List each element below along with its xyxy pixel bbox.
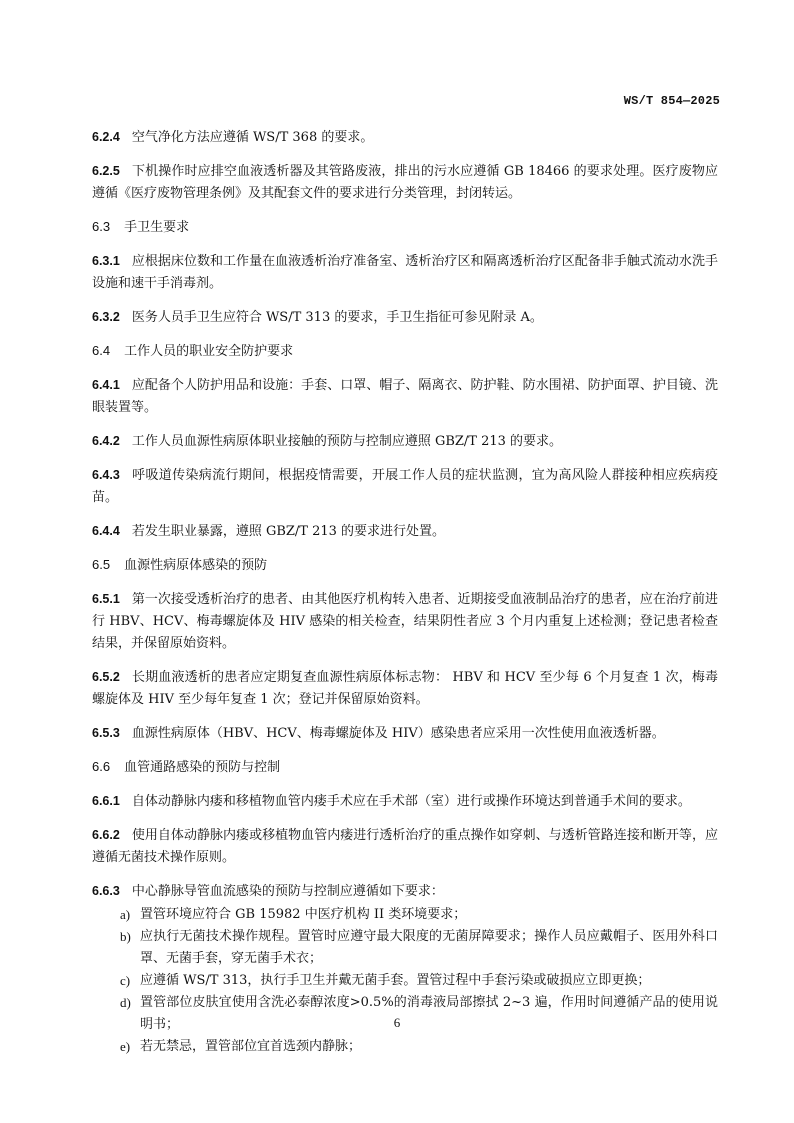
clause-text: 使用自体动静脉内瘘或移植物血管内瘘进行透析治疗的重点操作如穿刺、与透析管路连接和…: [92, 828, 718, 865]
section-title: 血管通路感染的预防与控制: [124, 760, 280, 775]
clause-text: 自体动静脉内瘘和移植物血管内瘘手术应在手术部（室）进行或操作环境达到普通手术间的…: [132, 794, 691, 809]
document-body: 6.2.4空气净化方法应遵循 WS/T 368 的要求。 6.2.5下机操作时应…: [92, 126, 718, 1058]
clause-6-4-4: 6.4.4若发生职业暴露，遵照 GBZ/T 213 的要求进行处置。: [92, 520, 718, 543]
list-item: c)应遵循 WS/T 313，执行手卫生并戴无菌手套。置管过程中手套污染或破损应…: [92, 970, 718, 992]
clause-text: 中心静脉导管血流感染的预防与控制应遵循如下要求：: [132, 884, 444, 899]
clause-6-5-2: 6.5.2长期血液透析的患者应定期复查血源性病原体标志物： HBV 和 HCV …: [92, 666, 718, 711]
clause-6-6-1: 6.6.1自体动静脉内瘘和移植物血管内瘘手术应在手术部（室）进行或操作环境达到普…: [92, 790, 718, 813]
section-title: 血源性病原体感染的预防: [124, 558, 267, 573]
section-number: 6.3: [92, 219, 110, 234]
clause-text: 下机操作时应排空血液透析器及其管路废液，排出的污水应遵循 GB 18466 的要…: [92, 164, 718, 201]
section-title: 手卫生要求: [124, 220, 189, 235]
list-marker: e): [120, 1036, 130, 1058]
clause-number: 6.3.2: [92, 310, 120, 324]
clause-number: 6.6.2: [92, 828, 120, 842]
document-code: WS/T 854—2025: [624, 94, 720, 108]
clause-text: 应根据床位数和工作量在血液透析治疗准备室、透析治疗区和隔离透析治疗区配备非手触式…: [92, 254, 718, 291]
section-number: 6.5: [92, 557, 110, 572]
section-number: 6.6: [92, 759, 110, 774]
clause-text: 医务人员手卫生应符合 WS/T 313 的要求，手卫生指征可参见附录 A。: [132, 310, 543, 325]
clause-number: 6.6.1: [92, 794, 120, 808]
section-number: 6.4: [92, 343, 110, 358]
document-page: WS/T 854—2025 6.2.4空气净化方法应遵循 WS/T 368 的要…: [0, 0, 794, 1123]
clause-6-5-3: 6.5.3血源性病原体（HBV、HCV、梅毒螺旋体及 HIV）感染患者应采用一次…: [92, 722, 718, 745]
clause-number: 6.4.3: [92, 468, 120, 482]
clause-number: 6.4.1: [92, 378, 120, 392]
clause-6-3-2: 6.3.2医务人员手卫生应符合 WS/T 313 的要求，手卫生指征可参见附录 …: [92, 306, 718, 329]
section-heading-6-6: 6.6血管通路感染的预防与控制: [92, 756, 718, 779]
clause-6-2-4: 6.2.4空气净化方法应遵循 WS/T 368 的要求。: [92, 126, 718, 149]
clause-text: 工作人员血源性病原体职业接触的预防与控制应遵照 GBZ/T 213 的要求。: [132, 434, 562, 449]
list-marker: c): [120, 970, 130, 992]
clause-text: 血源性病原体（HBV、HCV、梅毒螺旋体及 HIV）感染患者应采用一次性使用血液…: [132, 726, 665, 741]
list-marker: d): [120, 992, 131, 1014]
clause-text: 若发生职业暴露，遵照 GBZ/T 213 的要求进行处置。: [132, 524, 445, 539]
clause-6-6-3: 6.6.3中心静脉导管血流感染的预防与控制应遵循如下要求：: [92, 880, 718, 903]
list-item-text: 应执行无菌技术操作规程。置管时应遵守最大限度的无菌屏障要求；操作人员应戴帽子、医…: [140, 929, 718, 966]
clause-text: 长期血液透析的患者应定期复查血源性病原体标志物： HBV 和 HCV 至少每 6…: [92, 670, 718, 707]
clause-6-4-2: 6.4.2工作人员血源性病原体职业接触的预防与控制应遵照 GBZ/T 213 的…: [92, 430, 718, 453]
clause-6-5-1: 6.5.1第一次接受透析治疗的患者、由其他医疗机构转入患者、近期接受血液制品治疗…: [92, 588, 718, 655]
clause-number: 6.5.2: [92, 670, 120, 684]
clause-number: 6.3.1: [92, 254, 120, 268]
section-heading-6-3: 6.3手卫生要求: [92, 216, 718, 239]
requirements-list: a)置管环境应符合 GB 15982 中医疗机构 II 类环境要求； b)应执行…: [92, 904, 718, 1058]
list-item-text: 置管环境应符合 GB 15982 中医疗机构 II 类环境要求；: [140, 907, 466, 922]
clause-number: 6.4.2: [92, 434, 120, 448]
list-item-text: 若无禁忌，置管部位宜首选颈内静脉；: [140, 1039, 361, 1054]
clause-number: 6.5.1: [92, 592, 120, 606]
section-heading-6-4: 6.4工作人员的职业安全防护要求: [92, 340, 718, 363]
section-title: 工作人员的职业安全防护要求: [124, 344, 293, 359]
clause-text: 呼吸道传染病流行期间，根据疫情需要，开展工作人员的症状监测，宜为高风险人群接种相…: [92, 468, 718, 505]
list-item: b)应执行无菌技术操作规程。置管时应遵守最大限度的无菌屏障要求；操作人员应戴帽子…: [92, 926, 718, 970]
section-heading-6-5: 6.5血源性病原体感染的预防: [92, 554, 718, 577]
clause-text: 应配备个人防护用品和设施：手套、口罩、帽子、隔离衣、防护鞋、防水围裙、防护面罩、…: [92, 378, 718, 415]
clause-text: 空气净化方法应遵循 WS/T 368 的要求。: [132, 130, 374, 145]
clause-number: 6.5.3: [92, 726, 120, 740]
list-marker: b): [120, 926, 131, 948]
clause-6-2-5: 6.2.5下机操作时应排空血液透析器及其管路废液，排出的污水应遵循 GB 184…: [92, 160, 718, 205]
clause-number: 6.2.5: [92, 164, 120, 178]
clause-6-4-3: 6.4.3呼吸道传染病流行期间，根据疫情需要，开展工作人员的症状监测，宜为高风险…: [92, 464, 718, 509]
clause-6-3-1: 6.3.1应根据床位数和工作量在血液透析治疗准备室、透析治疗区和隔离透析治疗区配…: [92, 250, 718, 295]
clause-text: 第一次接受透析治疗的患者、由其他医疗机构转入患者、近期接受血液制品治疗的患者，应…: [92, 592, 718, 651]
list-item-text: 应遵循 WS/T 313，执行手卫生并戴无菌手套。置管过程中手套污染或破损应立即…: [140, 973, 650, 988]
list-item: e)若无禁忌，置管部位宜首选颈内静脉；: [92, 1036, 718, 1058]
clause-number: 6.6.3: [92, 884, 120, 898]
page-number: 6: [0, 1015, 794, 1031]
clause-number: 6.4.4: [92, 524, 120, 538]
clause-number: 6.2.4: [92, 130, 120, 144]
clause-6-6-2: 6.6.2使用自体动静脉内瘘或移植物血管内瘘进行透析治疗的重点操作如穿刺、与透析…: [92, 824, 718, 869]
clause-6-4-1: 6.4.1应配备个人防护用品和设施：手套、口罩、帽子、隔离衣、防护鞋、防水围裙、…: [92, 374, 718, 419]
list-marker: a): [120, 904, 130, 926]
list-item: a)置管环境应符合 GB 15982 中医疗机构 II 类环境要求；: [92, 904, 718, 926]
